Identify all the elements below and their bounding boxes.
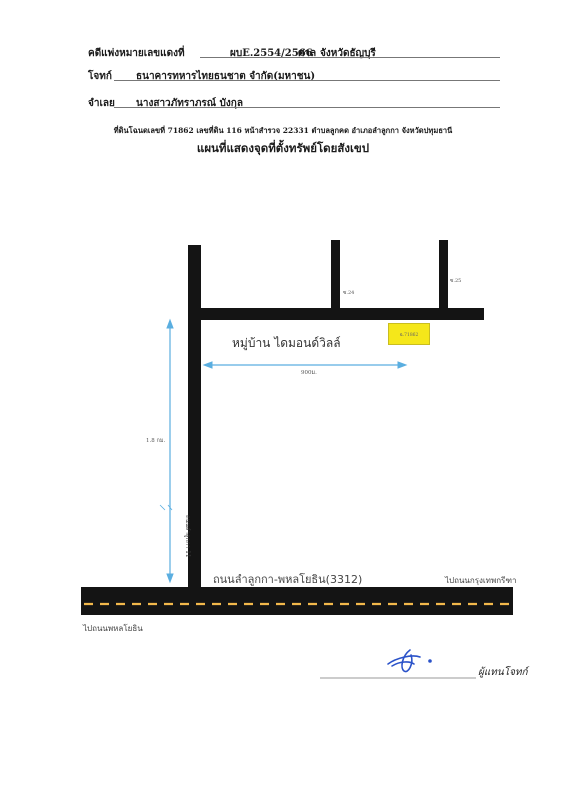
vertical-distance-arrow (160, 320, 173, 582)
signature-label: ผู้แทนโจทก์ (478, 665, 528, 680)
signature-mark (388, 650, 431, 672)
horizontal-distance-arrow (204, 362, 406, 368)
map-overlay (0, 0, 566, 800)
